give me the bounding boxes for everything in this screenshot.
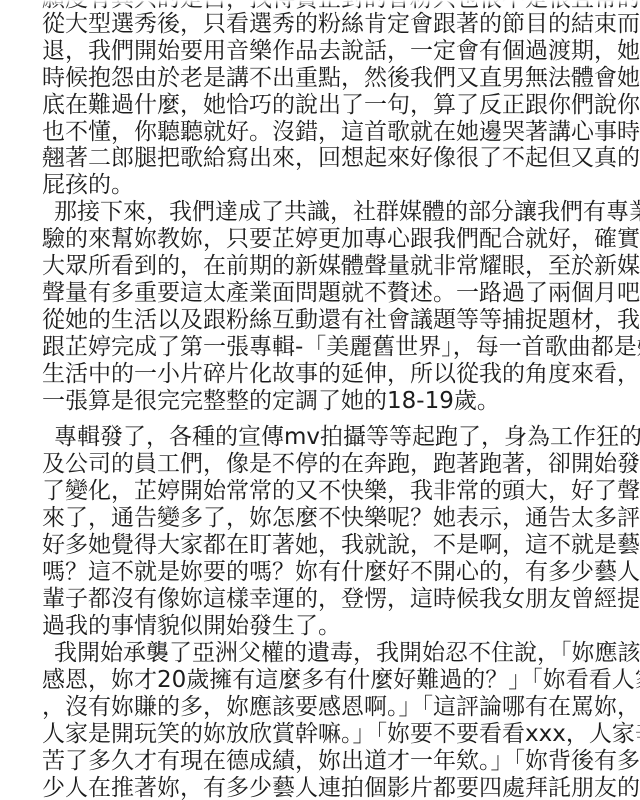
text-line: 底在難過什麼，她恰巧的說出了一句，算了反正跟你們說你們 bbox=[42, 92, 622, 119]
text-line: 大眾所看到的，在前期的新媒體聲量就非常耀眼，至於新媒體 bbox=[42, 253, 622, 280]
text-line: 跟芷婷完成了第一張專輯-「美麗舊世界」，每一首歌曲都是她 bbox=[42, 334, 622, 361]
text-line: 苦了多久才有現在德成績，妳出道才一年欸。」「妳背後有多 bbox=[42, 748, 622, 775]
text-line: 少人在推著妳，有多少藝人連拍個影片都要四處拜託朋友的， bbox=[42, 775, 622, 800]
text-line: 退，我們開始要用音樂作品去說話，一定會有個過渡期，她那 bbox=[42, 38, 622, 65]
text-line: 聲量有多重要這太產業面問題就不贅述。一路過了兩個月吧， bbox=[42, 280, 622, 307]
text-line: 驗的來幫妳教妳，只要芷婷更加專心跟我們配合就好，確實如 bbox=[42, 226, 622, 253]
text-line: 來了，通告變多了，妳怎麼不快樂呢？她表示，通告太多評論 bbox=[42, 505, 622, 532]
text-line: 感恩，妳才20歲擁有這麼多有什麼好難過的？」「妳看看人家 bbox=[42, 667, 622, 694]
paragraph-start-line: 那接下來，我們達成了共識，社群媒體的部分讓我們有專業經 bbox=[54, 199, 634, 226]
text-line: 好多她覺得大家都在盯著她，我就說，不是啊，這不就是藝人 bbox=[42, 532, 622, 559]
paragraph-start-line: 我開始承襲了亞洲父權的遺毒，我開始忍不住說，「妳應該要 bbox=[54, 640, 634, 667]
text-line: 生活中的一小片碎片化故事的延伸，所以從我的角度來看，這 bbox=[42, 361, 622, 388]
text-line: 從她的生活以及跟粉絲互動還有社會議題等等捕捉題材，我們 bbox=[42, 307, 622, 334]
text-line: 人家是開玩笑的妳放欣賞幹嘛。」「妳要不要看看xxx，人家辛 bbox=[42, 721, 622, 748]
text-line: 也不懂，你聽聽就好。沒錯，這首歌就在她邊哭著講心事時我 bbox=[42, 119, 622, 146]
text-line: 一張算是很完完整整的定調了她的18-19歲。 bbox=[42, 388, 622, 415]
text-line: 了變化，芷婷開始常常的又不快樂，我非常的頭大，好了聲量 bbox=[42, 478, 622, 505]
text-line: 輩子都沒有像妳這樣幸運的，登愣，這時候我女朋友曾經提醒 bbox=[42, 586, 622, 613]
text-line: 從大型選秀後，只看選秀的粉絲肯定會跟著的節目的結束而消 bbox=[42, 11, 622, 38]
text-line: 時候抱怨由於老是講不出重點，然後我們又直男無法體會她到 bbox=[42, 65, 622, 92]
text-line: 過我的事情貌似開始發生了。 bbox=[42, 613, 622, 640]
text-line: ，沒有妳賺的多，妳應該要感恩啊。」「這評論哪有在罵妳， bbox=[42, 694, 622, 721]
paragraph-start-line: 專輯發了，各種的宣傳mv拍攝等等起跑了，身為工作狂的我以 bbox=[54, 424, 634, 451]
text-line: 屁孩的。 bbox=[42, 172, 622, 199]
text-line: 翹著二郎腿把歌給寫出來，回想起來好像很了不起但又真的蠻 bbox=[42, 145, 622, 172]
text-line: 嗎？這不就是妳要的嗎？妳有什麼好不開心的，有多少藝人一 bbox=[42, 559, 622, 586]
text-line: 及公司的員工們，像是不停的在奔跑，跑著跑著，卻開始發生 bbox=[42, 451, 622, 478]
document-page: 願度有其只的是白，找得資正對的音粉只也很不是很且常的 從大型選秀後，只看選秀的粉… bbox=[0, 0, 640, 800]
